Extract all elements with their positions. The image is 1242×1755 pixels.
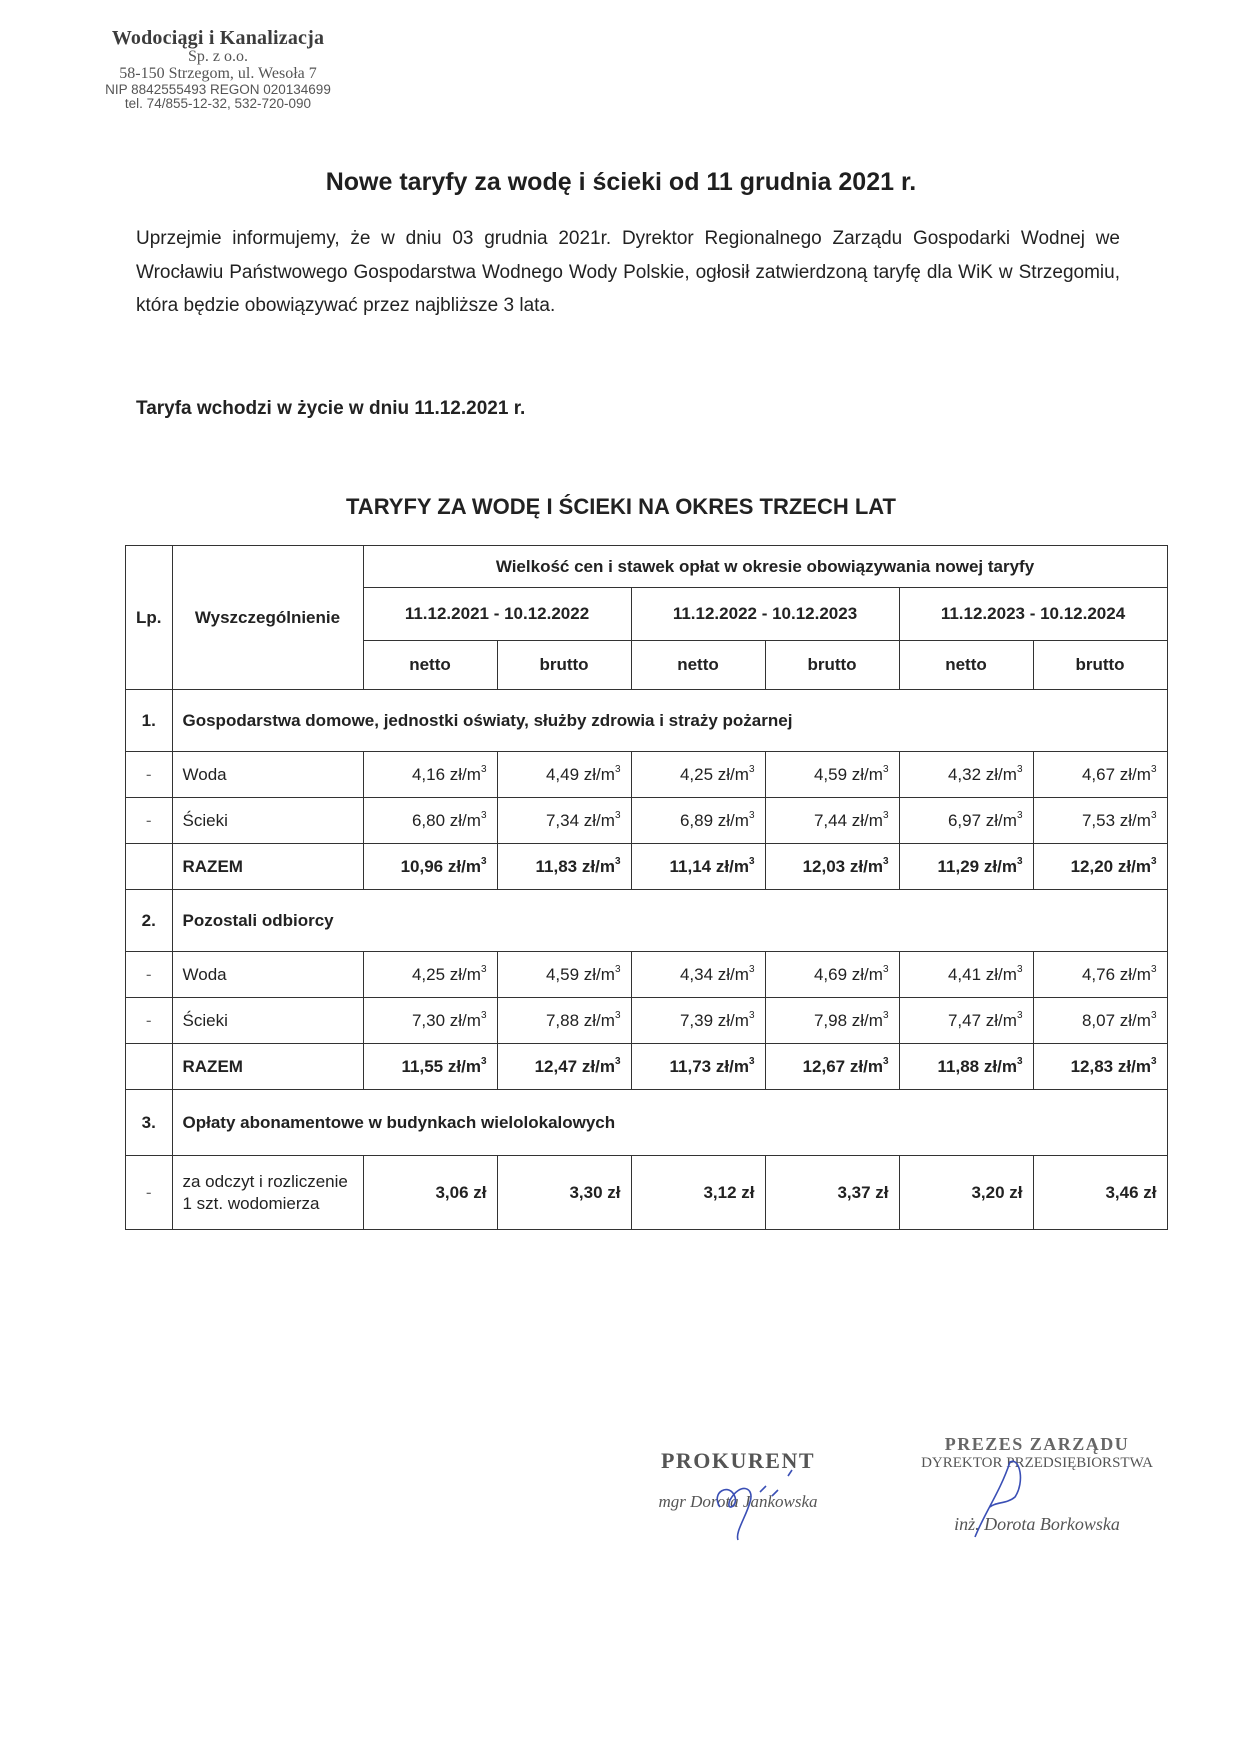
rate-value: 12,20 zł/m3 xyxy=(1033,844,1167,890)
tariff-table: Lp. Wyszczególnienie Wielkość cen i staw… xyxy=(125,545,1168,1230)
row-label: RAZEM xyxy=(172,844,363,890)
rate-value: 12,83 zł/m3 xyxy=(1033,1044,1167,1090)
rate-value: 11,55 zł/m3 xyxy=(363,1044,497,1090)
rate-value: 7,88 zł/m3 xyxy=(497,998,631,1044)
rate-value: 6,97 zł/m3 xyxy=(899,798,1033,844)
header-lp: Lp. xyxy=(126,546,173,690)
rate-value: 7,47 zł/m3 xyxy=(899,998,1033,1044)
row-label: za odczyt i rozliczenie 1 szt. wodomierz… xyxy=(172,1156,363,1230)
rate-value: 4,41 zł/m3 xyxy=(899,952,1033,998)
row-lp xyxy=(126,1044,173,1090)
section-title: Pozostali odbiorcy xyxy=(172,890,1167,952)
header-gross: brutto xyxy=(497,641,631,690)
rate-value: 4,67 zł/m3 xyxy=(1033,752,1167,798)
company-name: Wodociągi i Kanalizacja xyxy=(68,28,368,49)
row-label: Woda xyxy=(172,752,363,798)
rate-value: 4,76 zł/m3 xyxy=(1033,952,1167,998)
header-description: Wyszczególnienie xyxy=(172,546,363,690)
fee-value: 3,37 zł xyxy=(765,1156,899,1230)
fee-value: 3,12 zł xyxy=(631,1156,765,1230)
rate-value: 11,88 zł/m3 xyxy=(899,1044,1033,1090)
header-net: netto xyxy=(631,641,765,690)
table-row: -Woda4,25 zł/m34,59 zł/m34,34 zł/m34,69 … xyxy=(126,952,1168,998)
total-row: RAZEM10,96 zł/m311,83 zł/m311,14 zł/m312… xyxy=(126,844,1168,890)
rate-value: 6,89 zł/m3 xyxy=(631,798,765,844)
header-gross: brutto xyxy=(765,641,899,690)
rate-value: 11,29 zł/m3 xyxy=(899,844,1033,890)
table-title: TARYFY ZA WODĘ I ŚCIEKI NA OKRES TRZECH … xyxy=(0,494,1242,520)
effective-date-note: Taryfa wchodzi w życie w dniu 11.12.2021… xyxy=(136,398,525,420)
intro-paragraph: Uprzejmie informujemy, że w dniu 03 grud… xyxy=(136,222,1120,323)
rate-value: 7,53 zł/m3 xyxy=(1033,798,1167,844)
row-lp xyxy=(126,844,173,890)
row-lp: - xyxy=(126,952,173,998)
header-group: Wielkość cen i stawek opłat w okresie ob… xyxy=(363,546,1167,588)
rate-value: 7,30 zł/m3 xyxy=(363,998,497,1044)
rate-value: 12,03 zł/m3 xyxy=(765,844,899,890)
header-period-2: 11.12.2022 - 10.12.2023 xyxy=(631,588,899,641)
rate-value: 12,67 zł/m3 xyxy=(765,1044,899,1090)
rate-value: 8,07 zł/m3 xyxy=(1033,998,1167,1044)
rate-value: 7,34 zł/m3 xyxy=(497,798,631,844)
rate-value: 4,32 zł/m3 xyxy=(899,752,1033,798)
handwritten-signature-icon xyxy=(965,1452,1045,1542)
table-row: -Ścieki6,80 zł/m37,34 zł/m36,89 zł/m37,4… xyxy=(126,798,1168,844)
header-net: netto xyxy=(363,641,497,690)
table-row: -Woda4,16 zł/m34,49 zł/m34,25 zł/m34,59 … xyxy=(126,752,1168,798)
section-row: 1.Gospodarstwa domowe, jednostki oświaty… xyxy=(126,690,1168,752)
section-row: 2.Pozostali odbiorcy xyxy=(126,890,1168,952)
rate-value: 7,39 zł/m3 xyxy=(631,998,765,1044)
letterhead-stamp: Wodociągi i Kanalizacja Sp. z o.o. 58-15… xyxy=(68,28,368,111)
row-lp: - xyxy=(126,998,173,1044)
rate-value: 10,96 zł/m3 xyxy=(363,844,497,890)
table-row: -za odczyt i rozliczenie 1 szt. wodomier… xyxy=(126,1156,1168,1230)
fee-value: 3,20 zł xyxy=(899,1156,1033,1230)
header-gross: brutto xyxy=(1033,641,1167,690)
section-number: 1. xyxy=(126,690,173,752)
section-row: 3.Opłaty abonamentowe w budynkach wielol… xyxy=(126,1090,1168,1156)
rate-value: 7,44 zł/m3 xyxy=(765,798,899,844)
company-phone: tel. 74/855-12-32, 532-720-090 xyxy=(68,97,368,111)
header-net: netto xyxy=(899,641,1033,690)
table-row: -Ścieki7,30 zł/m37,88 zł/m37,39 zł/m37,9… xyxy=(126,998,1168,1044)
rate-value: 4,49 zł/m3 xyxy=(497,752,631,798)
row-label: Woda xyxy=(172,952,363,998)
document-title: Nowe taryfy za wodę i ścieki od 11 grudn… xyxy=(0,168,1242,197)
section-number: 3. xyxy=(126,1090,173,1156)
handwritten-signature-icon xyxy=(700,1462,810,1542)
rate-value: 4,25 zł/m3 xyxy=(363,952,497,998)
company-legal-form: Sp. z o.o. xyxy=(68,49,368,66)
rate-value: 12,47 zł/m3 xyxy=(497,1044,631,1090)
rate-value: 4,59 zł/m3 xyxy=(765,752,899,798)
fee-value: 3,30 zł xyxy=(497,1156,631,1230)
rate-value: 11,73 zł/m3 xyxy=(631,1044,765,1090)
rate-value: 7,98 zł/m3 xyxy=(765,998,899,1044)
rate-value: 11,14 zł/m3 xyxy=(631,844,765,890)
row-label: Ścieki xyxy=(172,998,363,1044)
company-ids: NIP 8842555493 REGON 020134699 xyxy=(68,83,368,97)
rate-value: 4,16 zł/m3 xyxy=(363,752,497,798)
rate-value: 4,25 zł/m3 xyxy=(631,752,765,798)
header-period-1: 11.12.2021 - 10.12.2022 xyxy=(363,588,631,641)
row-label: RAZEM xyxy=(172,1044,363,1090)
rate-value: 11,83 zł/m3 xyxy=(497,844,631,890)
fee-value: 3,06 zł xyxy=(363,1156,497,1230)
row-label: Ścieki xyxy=(172,798,363,844)
section-number: 2. xyxy=(126,890,173,952)
rate-value: 4,69 zł/m3 xyxy=(765,952,899,998)
rate-value: 6,80 zł/m3 xyxy=(363,798,497,844)
section-title: Opłaty abonamentowe w budynkach wielolok… xyxy=(172,1090,1167,1156)
rate-value: 4,59 zł/m3 xyxy=(497,952,631,998)
total-row: RAZEM11,55 zł/m312,47 zł/m311,73 zł/m312… xyxy=(126,1044,1168,1090)
rate-value: 4,34 zł/m3 xyxy=(631,952,765,998)
fee-value: 3,46 zł xyxy=(1033,1156,1167,1230)
row-lp: - xyxy=(126,1156,173,1230)
row-lp: - xyxy=(126,798,173,844)
header-period-3: 11.12.2023 - 10.12.2024 xyxy=(899,588,1167,641)
section-title: Gospodarstwa domowe, jednostki oświaty, … xyxy=(172,690,1167,752)
row-lp: - xyxy=(126,752,173,798)
company-address: 58-150 Strzegom, ul. Wesoła 7 xyxy=(68,66,368,83)
